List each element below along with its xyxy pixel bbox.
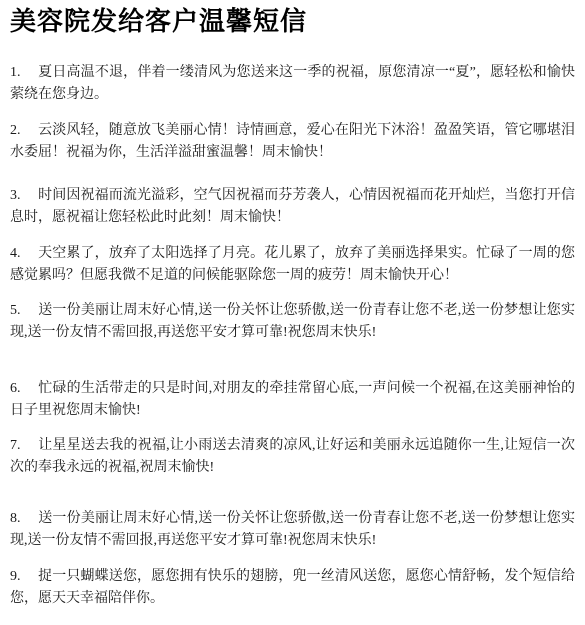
item-text: 天空累了，放弃了太阳选择了月亮。花儿累了，放弃了美丽选择果实。忙碌了一周的您感觉… (10, 246, 575, 283)
message-item-7: 7.让星星送去我的祝福,让小雨送去清爽的凉风,让好运和美丽永远追随你一生,让短信… (10, 435, 575, 479)
item-text: 云淡风轻，随意放飞美丽心情！诗情画意，爱心在阳光下沐浴！盈盈笑语，管它哪堪泪水委… (10, 123, 575, 160)
item-text: 夏日高温不退，伴着一缕清风为您送来这一季的祝福，原您清凉一“夏”，愿轻松和愉快萦… (10, 65, 575, 102)
item-text: 捉一只蝴蝶送您，愿您拥有快乐的翅膀，兜一丝清风送您，愿您心情舒畅，发个短信给您，… (10, 569, 575, 606)
item-number: 2. (10, 120, 38, 142)
page-title: 美容院发给客户温馨短信 (10, 8, 575, 36)
item-number: 4. (10, 243, 38, 265)
message-item-2: 2.云淡风轻，随意放飞美丽心情！诗情画意，爱心在阳光下沐浴！盈盈笑语，管它哪堪泪… (10, 120, 575, 164)
item-text: 让星星送去我的祝福,让小雨送去清爽的凉风,让好运和美丽永远追随你一生,让短信一次… (10, 438, 575, 475)
message-item-4: 4.天空累了，放弃了太阳选择了月亮。花儿累了，放弃了美丽选择果实。忙碌了一周的您… (10, 243, 575, 287)
item-text: 送一份美丽让周末好心情,送一份关怀让您骄傲,送一份青春让您不老,送一份梦想让您实… (10, 511, 575, 548)
item-number: 6. (10, 378, 38, 400)
item-text: 时间因祝福而流光溢彩，空气因祝福而芬芳袭人，心情因祝福而花开灿烂，当您打开信息时… (10, 188, 575, 225)
item-text: 送一份美丽让周末好心情,送一份关怀让您骄傲,送一份青春让您不老,送一份梦想让您实… (10, 303, 575, 340)
item-number: 1. (10, 62, 38, 84)
item-number: 3. (10, 185, 38, 207)
item-text: 忙碌的生活带走的只是时间,对朋友的牵挂常留心底,一声问候一个祝福,在这美丽神怡的… (10, 381, 575, 418)
message-item-5: 5.送一份美丽让周末好心情,送一份关怀让您骄傲,送一份青春让您不老,送一份梦想让… (10, 300, 575, 344)
message-item-8: 8.送一份美丽让周末好心情,送一份关怀让您骄傲,送一份青春让您不老,送一份梦想让… (10, 508, 575, 552)
document-page: 美容院发给客户温馨短信 1.夏日高温不退，伴着一缕清风为您送来这一季的祝福，原您… (0, 0, 585, 625)
item-number: 5. (10, 300, 38, 322)
message-item-3: 3.时间因祝福而流光溢彩，空气因祝福而芬芳袭人，心情因祝福而花开灿烂，当您打开信… (10, 185, 575, 229)
message-item-9: 9.捉一只蝴蝶送您，愿您拥有快乐的翅膀，兜一丝清风送您，愿您心情舒畅，发个短信给… (10, 566, 575, 610)
item-number: 8. (10, 508, 38, 530)
message-item-1: 1.夏日高温不退，伴着一缕清风为您送来这一季的祝福，原您清凉一“夏”，愿轻松和愉… (10, 62, 575, 106)
item-number: 7. (10, 435, 38, 457)
message-item-6: 6.忙碌的生活带走的只是时间,对朋友的牵挂常留心底,一声问候一个祝福,在这美丽神… (10, 378, 575, 422)
item-number: 9. (10, 566, 38, 588)
